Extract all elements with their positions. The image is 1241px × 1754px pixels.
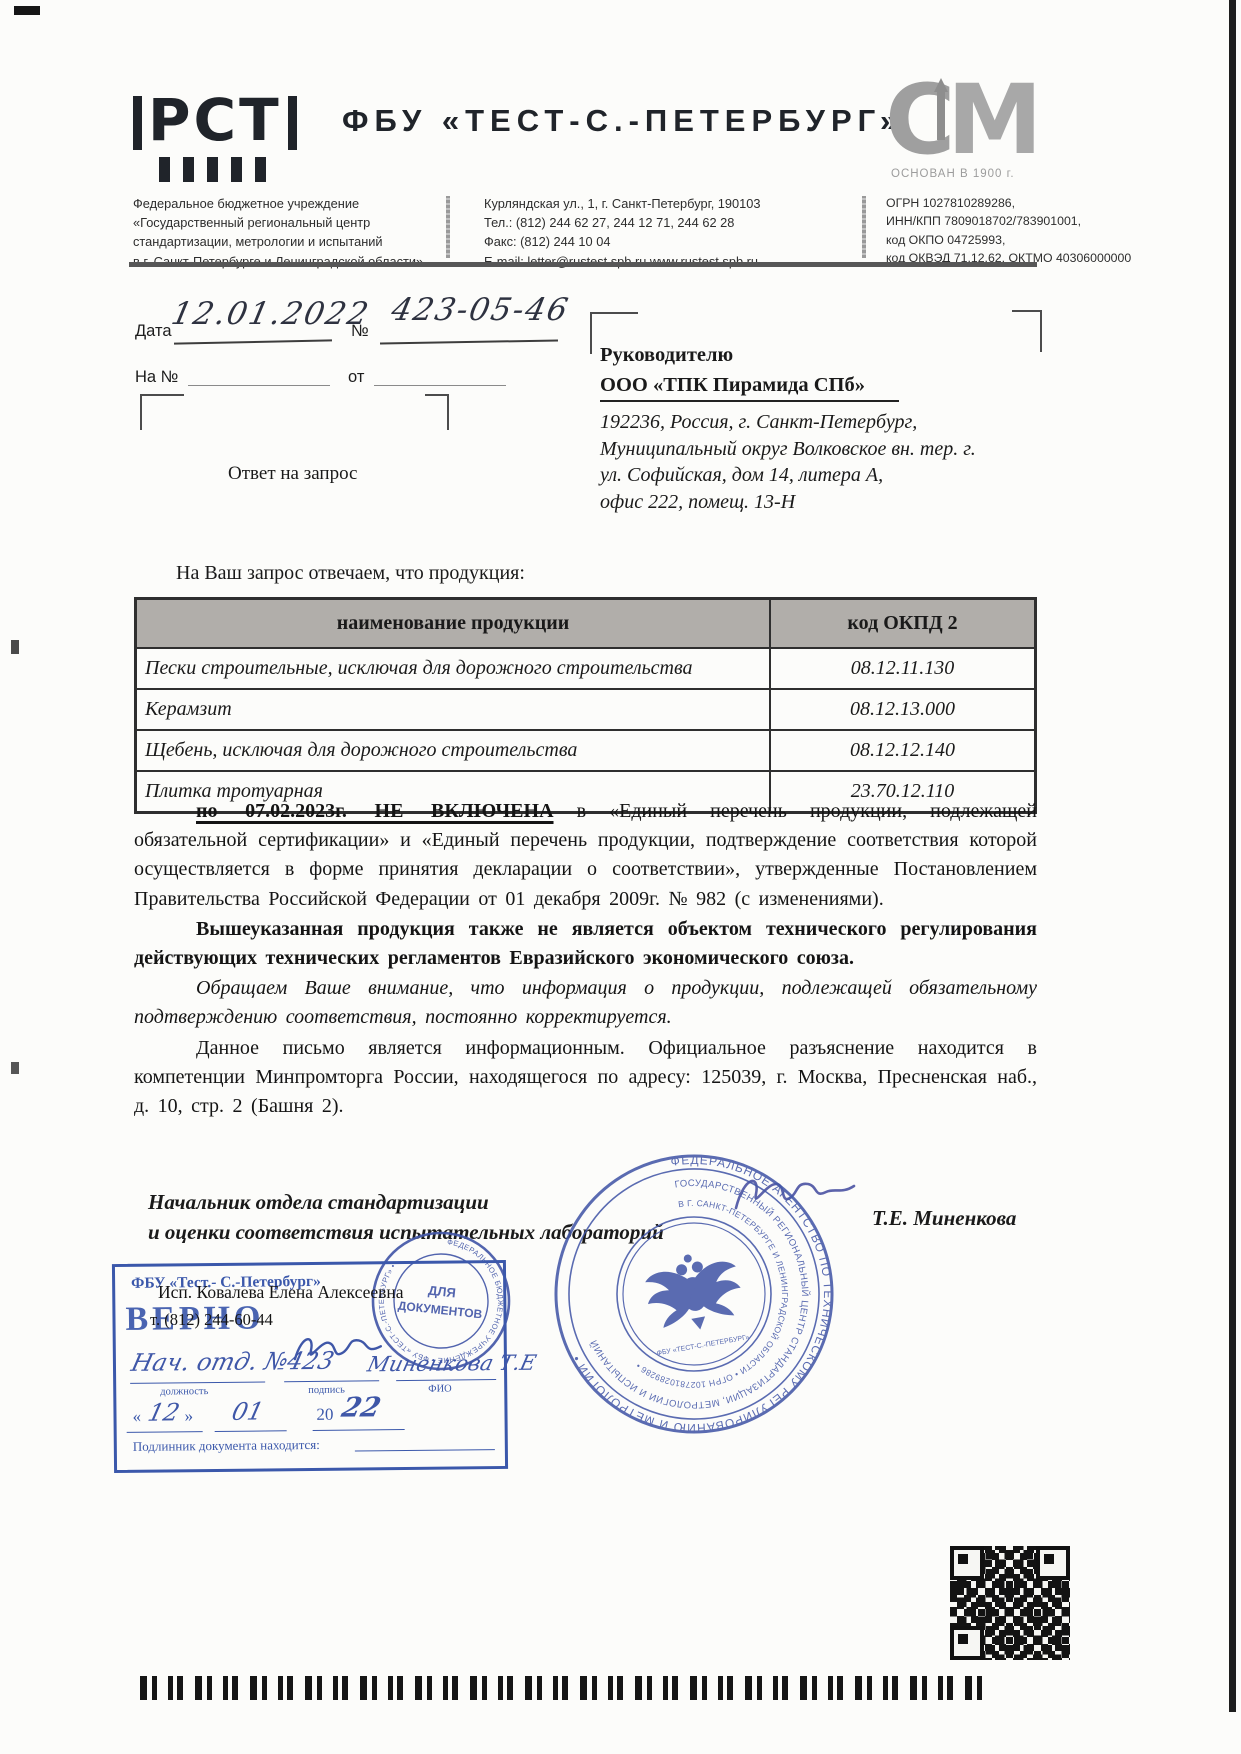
paragraph-3: Обращаем Ваше внимание, что информация о…: [134, 974, 1037, 1032]
date-label: Дата: [135, 322, 172, 341]
eagle-emblem-icon: [641, 1246, 747, 1337]
logo-bar-icon: [133, 96, 142, 150]
scan-edge-line: [1229, 0, 1236, 1712]
stamp-label-sign: подпись: [308, 1385, 345, 1396]
stamp-month-handwritten: 01: [229, 1397, 266, 1425]
from-label: от: [348, 368, 364, 387]
paragraph-2: Вышеуказанная продукция также не являетс…: [134, 915, 1037, 973]
address-line: офис 222, помещ. 13-Н: [600, 489, 1045, 516]
address-line: 192236, Россия, г. Санкт-Петербург,: [600, 409, 1045, 436]
logo-bar-icon: [207, 157, 218, 182]
recipient-block: Руководителю ООО «ТПК Пирамида СПб» 1922…: [600, 344, 1045, 515]
table-row: Щебень, исключая для дорожного строитель…: [136, 730, 1036, 771]
stamp-name-handwritten: Миненкова Т.Е: [365, 1351, 538, 1377]
signer-title-line1: Начальник отдела стандартизации: [148, 1190, 489, 1215]
executor-phone: т. (812) 244-60-44: [150, 1310, 273, 1330]
okpd-code-cell: 08.12.12.140: [770, 730, 1036, 771]
on-number-blank: [188, 385, 330, 386]
stamp-underline: [284, 1380, 379, 1382]
not-included-lead: по 07.02.2023г. НЕ ВКЛЮЧЕНА: [196, 800, 554, 822]
table-row: Керамзит 08.12.13.000: [136, 689, 1036, 730]
rst-logo-top: РСТ: [133, 90, 323, 150]
paragraph-4: Данное письмо является информационным. О…: [134, 1034, 1037, 1122]
corner-mark: [425, 394, 449, 430]
qr-finder-icon: [1036, 1546, 1070, 1580]
address-line: Муниципальный округ Волковское вн. тер. …: [600, 436, 1045, 463]
corner-mark: [140, 394, 184, 430]
scan-mark: [11, 640, 19, 654]
logo-bar-icon: [159, 157, 170, 182]
rst-logo-text: РСТ: [148, 90, 282, 150]
date-quote-close: »: [184, 1406, 193, 1426]
table-row: Пески строительные, исключая для дорожно…: [136, 648, 1036, 689]
barcode: [140, 1676, 986, 1700]
cm-logo-letter-m: М: [947, 64, 1043, 176]
tower-icon: [937, 92, 945, 140]
number-handwritten: 423-05-46: [388, 292, 573, 328]
header-divider: [446, 196, 450, 258]
org-name-line: «Государственный региональный центр: [133, 213, 443, 232]
qr-finder-icon: [950, 1546, 984, 1580]
scan-mark: [11, 1062, 19, 1074]
on-number-label: На №: [135, 368, 178, 387]
org-title: ФБУ «ТЕСТ-С.-ПЕТЕРБУРГ»: [342, 103, 903, 139]
code-line: код ОКПО 04725993,: [886, 231, 1186, 249]
products-table: наименование продукции код ОКПД 2 Пески …: [134, 597, 1037, 814]
org-name-line: стандартизации, метрологии и испытаний: [133, 232, 443, 251]
col-header-okpd: код ОКПД 2: [770, 599, 1036, 649]
letterhead-rule: [129, 262, 1037, 267]
stamp-underline: [215, 1430, 287, 1432]
stamp-year-prefix: 20: [316, 1405, 333, 1425]
stamp-day-handwritten: 12: [145, 1398, 182, 1426]
stamp-center-text: ФБУ «ТЕСТ-С.-ПЕТЕРБУРГ»: [656, 1334, 750, 1357]
rst-logo-bars: [159, 157, 323, 182]
stamp-label-fio: ФИО: [428, 1384, 452, 1395]
stamp-underline: [313, 1429, 405, 1431]
qr-code: [950, 1546, 1070, 1660]
stamp-underline: [396, 1379, 496, 1381]
product-name-cell: Щебень, исключая для дорожного строитель…: [136, 730, 771, 771]
number-label: №: [351, 322, 369, 341]
from-blank: [374, 385, 506, 386]
rst-logo: РСТ: [133, 90, 323, 182]
signer-name: Т.Е. Миненкова: [872, 1206, 1016, 1231]
contact-line: Факс: (812) 244 10 04: [484, 232, 854, 251]
reply-to-request-label: Ответ на запрос: [228, 463, 357, 485]
logo-bar-icon: [288, 96, 297, 150]
contact-line: Тел.: (812) 244 62 27, 244 12 71, 244 62…: [484, 213, 854, 232]
recipient-role: Руководителю: [600, 344, 1045, 367]
contact-line: Курляндская ул., 1, г. Санкт-Петербург, …: [484, 194, 854, 213]
recipient-company: ООО «ТПК Пирамида СПб»: [600, 371, 899, 402]
date-quote-open: «: [132, 1407, 141, 1427]
scanned-letter-page: РСТ ФБУ «ТЕСТ-С.-ПЕТЕРБУРГ» С М ОСНОВАН …: [0, 0, 1241, 1754]
product-name-cell: Пески строительные, исключая для дорожно…: [136, 648, 771, 689]
okpd-code-cell: 08.12.13.000: [770, 689, 1036, 730]
founded-text: ОСНОВАН В 1900 г.: [891, 168, 1015, 180]
official-round-stamp: ФЕДЕРАЛЬНОЕ АГЕНТСТВО ПО ТЕХНИЧЕСКОМУ РЕ…: [525, 1125, 863, 1463]
org-full-name: Федеральное бюджетное учреждение «Госуда…: [133, 194, 443, 271]
recipient-address: 192236, Россия, г. Санкт-Петербург, Муни…: [600, 409, 1045, 515]
stamp-original-label: Подлинник документа находится:: [133, 1437, 320, 1455]
code-line: ОГРН 1027810289286,: [886, 194, 1186, 212]
stamp-underline: [355, 1449, 495, 1451]
stamp-underline: [130, 1381, 265, 1383]
address-line: ул. Софийская, дом 14, литера А,: [600, 462, 1045, 489]
executor-name: Исп. Ковалева Елена Алексеевна: [158, 1282, 404, 1303]
stamp-underline: [127, 1431, 203, 1433]
header-divider: [862, 196, 866, 258]
org-codes: ОГРН 1027810289286, ИНН/КПП 7809018702/7…: [886, 194, 1186, 268]
number-underline: [380, 339, 558, 344]
code-line: ИНН/КПП 7809018702/783901001,: [886, 212, 1186, 230]
date-underline: [174, 339, 332, 344]
logo-bar-icon: [231, 157, 242, 182]
org-contacts: Курляндская ул., 1, г. Санкт-Петербург, …: [484, 194, 854, 271]
qr-finder-icon: [950, 1626, 984, 1660]
table-header-row: наименование продукции код ОКПД 2: [136, 599, 1036, 649]
cm-anniversary-logo: С М ОСНОВАН В 1900 г.: [885, 78, 1045, 188]
paragraph-1: по 07.02.2023г. НЕ ВКЛЮЧЕНА в «Единый пе…: [134, 797, 1037, 914]
stamp-year-handwritten: 22: [339, 1392, 384, 1423]
date-handwritten: 12.01.2022: [168, 296, 373, 332]
product-name-cell: Керамзит: [136, 689, 771, 730]
scan-mark: [14, 6, 40, 15]
logo-bar-icon: [255, 157, 266, 182]
stamp-label-position: должность: [160, 1386, 208, 1398]
org-name-line: Федеральное бюджетное учреждение: [133, 194, 443, 213]
okpd-code-cell: 08.12.11.130: [770, 648, 1036, 689]
logo-bar-icon: [183, 157, 194, 182]
col-header-product: наименование продукции: [136, 599, 771, 649]
letter-body: по 07.02.2023г. НЕ ВКЛЮЧЕНА в «Единый пе…: [134, 797, 1037, 1122]
intro-line: На Ваш запрос отвечаем, что продукция:: [176, 562, 525, 585]
